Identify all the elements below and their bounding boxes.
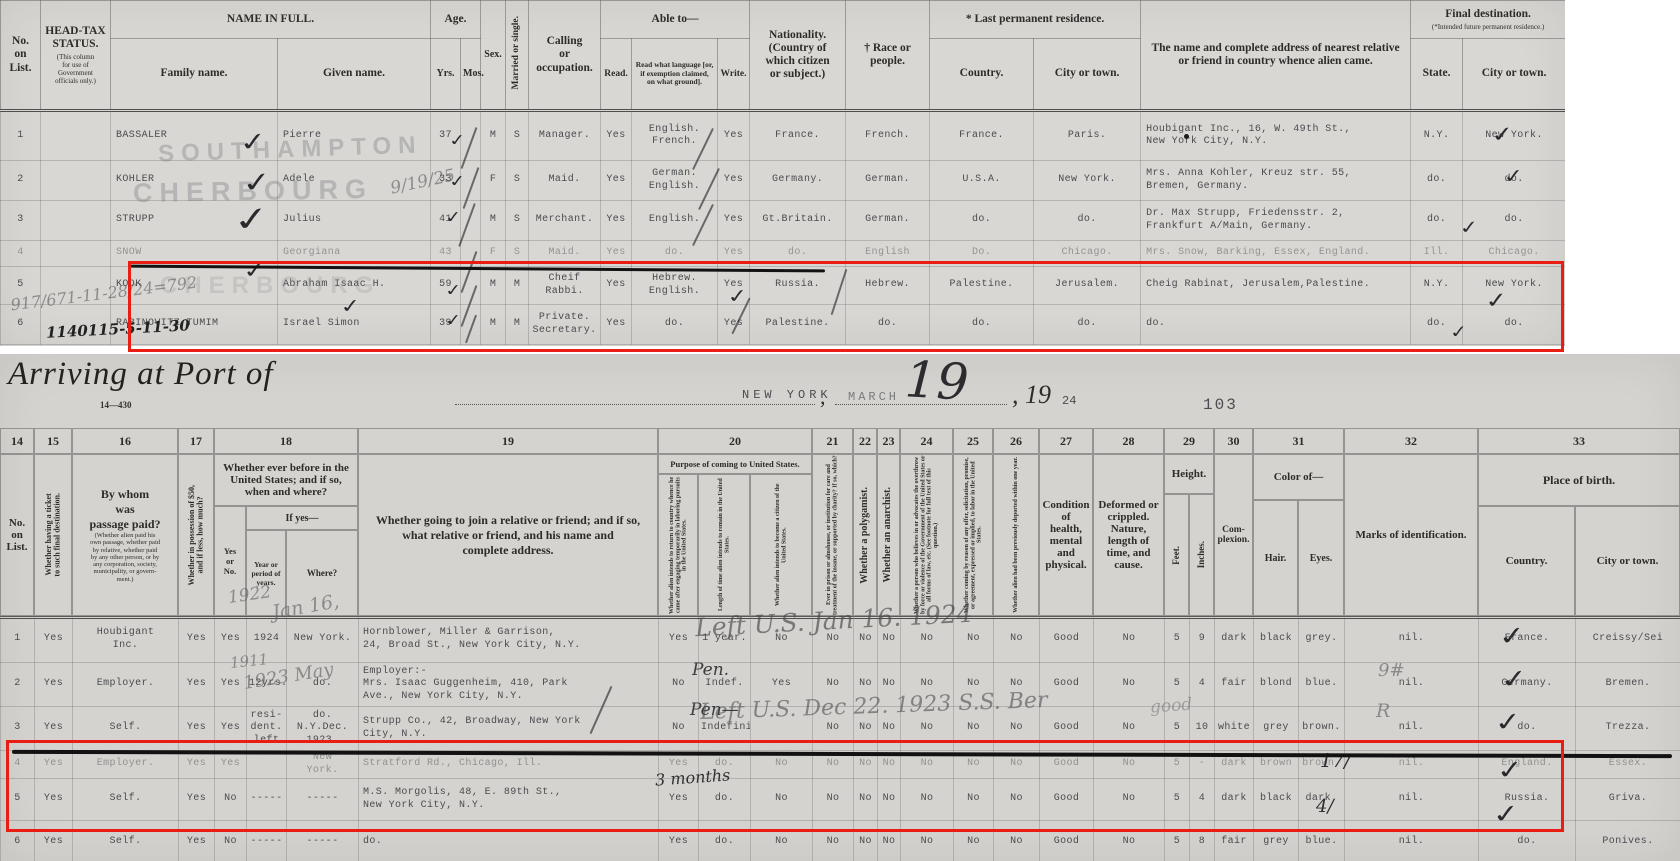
cell-feet: 5: [1165, 617, 1190, 663]
colnum-21: 21: [812, 428, 853, 454]
col-age: Age.: [431, 1, 481, 39]
cell-given: Julius: [278, 201, 431, 241]
pen-checkmark: ✓: [1499, 663, 1530, 695]
port-dotted-line: [455, 404, 815, 405]
cell-res_city: do.: [1034, 201, 1141, 241]
col-calling: Calling or occupation.: [529, 1, 601, 111]
cell-fifty: Yes: [179, 663, 215, 707]
cell-sex: F: [481, 161, 506, 201]
cell-sex: M: [481, 201, 506, 241]
colnum-27: 27: [1039, 428, 1093, 454]
col-race: † Race or people.: [846, 1, 930, 111]
handwritten-day: 19: [904, 350, 971, 411]
pen-checkmark: ✓: [1493, 706, 1524, 738]
col-married: Married or single.: [506, 1, 529, 111]
col-read: Read.: [601, 39, 632, 111]
cell-birth_city: Ponives.: [1576, 821, 1680, 861]
passage-paid-note: (Whether alien paid his own passage, whe…: [90, 532, 160, 583]
pen-checkmark: ✓: [1502, 165, 1525, 189]
cell-race: German.: [846, 161, 930, 201]
col-res-country: Country.: [930, 39, 1034, 111]
col-purpose-title: Purpose of coming to United States.: [658, 454, 812, 474]
col-mos: Mos.: [461, 39, 481, 111]
cell-head_tax: [41, 111, 111, 161]
cell-before_where: New York.: [287, 617, 359, 663]
cell-married: S: [506, 201, 529, 241]
pen-note-row3: Pen—: [690, 700, 739, 720]
cell-birth_city: Trezza.: [1576, 707, 1680, 751]
col-sex: Sex.: [481, 1, 506, 111]
colnum-30: 30: [1214, 428, 1253, 454]
col-hair: Hair.: [1253, 500, 1298, 616]
highlight-box-bottom: [6, 740, 1564, 832]
cell-res_country: U.S.A.: [930, 161, 1034, 201]
col-no-on-list: No. on List.: [1, 1, 41, 111]
cell-marks: nil.: [1345, 617, 1479, 663]
colnum-23: 23: [877, 428, 900, 454]
pen-checkmark: ✓: [1458, 217, 1480, 239]
form-number: 14—430: [100, 400, 132, 410]
col-head-tax: HEAD-TAX STATUS. (This column for use of…: [41, 1, 111, 111]
colnum-33: 33: [1478, 428, 1680, 454]
cell-no: 1: [1, 617, 35, 663]
colnum-22: 22: [853, 428, 877, 454]
col-relative: The name and complete address of nearest…: [1141, 1, 1411, 111]
cell-relative: Hornblower, Miller & Garrison, 24, Broad…: [359, 617, 659, 663]
col-if-yes: If yes—: [246, 506, 358, 530]
arriving-port-heading: Arriving at Port of: [8, 356, 274, 393]
colnum-25: 25: [953, 428, 993, 454]
col-write: Write.: [718, 39, 750, 111]
cell-health: Good: [1040, 617, 1094, 663]
cell-write: Yes: [718, 201, 750, 241]
col-deported: Whether alien had been previously deport…: [993, 454, 1039, 616]
port-comma: ,: [820, 384, 826, 410]
cell-relative: Dr. Max Strupp, Friedensstr. 2, Frankfur…: [1141, 201, 1411, 241]
highlight-box-top: [128, 261, 1564, 352]
colnum-31: 31: [1253, 428, 1344, 454]
cell-dest_state: N.Y.: [1411, 111, 1463, 161]
col-passage-paid: By whom was passage paid? (Whether alien…: [72, 454, 178, 616]
cell-calling: Merchant.: [529, 201, 601, 241]
cell-no: 2: [1, 663, 35, 707]
cell-relative: Mrs. Anna Kohler, Kreuz str. 55, Bremen,…: [1141, 161, 1411, 201]
final-dest-title: Final destination.: [1445, 8, 1531, 20]
manifest-page: No. on List. HEAD-TAX STATUS. (This colu…: [0, 0, 1680, 861]
col-yrs: Yrs.: [431, 39, 461, 111]
colnum-28: 28: [1093, 428, 1164, 454]
col-purpose-citizen: Whether alien intends to become a citize…: [750, 474, 812, 616]
col-ticket: Whether having a ticket to such final de…: [34, 454, 72, 616]
col-overthrow: Whether a person who believes in or advo…: [900, 454, 953, 616]
cell-marks: nil.: [1345, 663, 1479, 707]
col-color-of: Color of—: [1253, 454, 1344, 500]
cell-birth_city: Creissy/Sei: [1576, 617, 1680, 663]
colnum-14: 14: [0, 428, 34, 454]
cell-eyes: grey.: [1299, 617, 1345, 663]
pencil-9-mark: 9#: [1378, 660, 1405, 681]
cell-inches: 4: [1190, 663, 1215, 707]
cell-birth_city: Griva.: [1576, 779, 1680, 821]
pen-checkmark: ✓: [231, 198, 272, 241]
cell-write: Yes: [718, 111, 750, 161]
year-printed: , 19: [1012, 380, 1051, 410]
passage-paid-title: By whom was passage paid?: [89, 487, 160, 532]
year-typed: 24: [1062, 394, 1076, 408]
col-res-city: City or town.: [1034, 39, 1141, 111]
col-inches: Inches.: [1189, 494, 1214, 616]
col-dest-state: State.: [1411, 39, 1463, 111]
col-fifty-dollars: Whether in possession of $50, and if les…: [178, 454, 214, 616]
col-prison: Ever in prison or almshouse, or institut…: [812, 454, 853, 616]
col-purpose-return: Whether alien intends to return to count…: [658, 474, 698, 616]
cell-head_tax: [41, 241, 111, 267]
ink-dot: [1184, 134, 1189, 139]
cell-birth_city: Bremen.: [1576, 663, 1680, 707]
cell-res_country: do.: [930, 201, 1034, 241]
port-name-typed: NEW YORK: [742, 388, 832, 402]
cell-write: Yes: [718, 161, 750, 201]
colnum-16: 16: [72, 428, 178, 454]
pen-checkmark: ✓: [1490, 121, 1516, 148]
pencil-r-mark: R: [1376, 700, 1390, 722]
cell-deported: No: [994, 617, 1040, 663]
cell-calling: Maid.: [529, 161, 601, 201]
col-height-title: Height.: [1164, 454, 1214, 494]
cell-no: 2: [1, 161, 41, 201]
final-dest-note: (*Intended future permanent residence.): [1413, 23, 1563, 31]
cell-relative: Employer:- Mrs. Isaac Guggenheim, 410, P…: [359, 663, 659, 707]
colnum-18: 18: [214, 428, 358, 454]
col-deformed: Deformed or crippled. Nature, length of …: [1093, 454, 1164, 616]
cell-dest_state: do.: [1411, 201, 1463, 241]
top-table-header: No. on List. HEAD-TAX STATUS. (This colu…: [1, 1, 1566, 111]
cell-ticket: Yes: [35, 617, 73, 663]
col-feet: Feet.: [1164, 494, 1189, 616]
col-ever-before-title: Whether ever before in the United States…: [214, 454, 358, 506]
cell-res_country: France.: [930, 111, 1034, 161]
cell-head_tax: [41, 201, 111, 241]
colnum-17: 17: [178, 428, 214, 454]
col-final-destination: Final destination. (*Intended future per…: [1411, 1, 1565, 39]
cell-nationality: Gt.Britain.: [750, 201, 846, 241]
col-anarchist: Whether an anarchist.: [877, 454, 900, 616]
cell-inches: 9: [1190, 617, 1215, 663]
pen-checkmark: ✓: [444, 207, 463, 227]
col-name-in-full: NAME IN FULL.: [111, 1, 431, 39]
cell-res_city: Paris.: [1034, 111, 1141, 161]
cell-ticket: Yes: [35, 663, 73, 707]
cell-married: S: [506, 111, 529, 161]
faint-good-note: good: [1149, 695, 1193, 718]
col-read-language: Read what language [or, if exemption cla…: [632, 39, 718, 111]
colnum-15: 15: [34, 428, 72, 454]
col-health: Condition of health, mental and physical…: [1039, 454, 1093, 616]
col-eyes: Eyes.: [1298, 500, 1344, 616]
cell-no: 1: [1, 111, 41, 161]
cell-paid_by: Houbigant Inc.: [73, 617, 179, 663]
cell-complexion: fair: [1215, 663, 1254, 707]
cell-dest_state: do.: [1411, 161, 1463, 201]
col-birth-title: Place of birth.: [1478, 454, 1680, 506]
cell-res_city: New York.: [1034, 161, 1141, 201]
col-birth-city: City or town.: [1575, 506, 1680, 616]
cell-race: French.: [846, 111, 930, 161]
col-last-residence: * Last permanent residence.: [930, 1, 1141, 39]
cell-read: Yes: [601, 201, 632, 241]
cell-eyes: blue.: [1299, 663, 1345, 707]
cell-relative: Houbigant Inc., 16, W. 49th St., New Yor…: [1141, 111, 1411, 161]
pen-note-row2: Pen.: [692, 660, 729, 680]
cell-read: Yes: [601, 161, 632, 201]
col-nationality: Nationality. (Country of which citizen o…: [750, 1, 846, 111]
cell-complexion: dark: [1215, 617, 1254, 663]
cell-race: German.: [846, 201, 930, 241]
cell-no: 3: [1, 201, 41, 241]
col-able-to: Able to—: [601, 1, 750, 39]
cell-read_lang: English. French.: [632, 111, 718, 161]
pen-checkmark: ✓: [238, 126, 269, 158]
cell-calling: Manager.: [529, 111, 601, 161]
sheet-number: 103: [1203, 396, 1238, 414]
col-given-name: Given name.: [278, 39, 431, 111]
pen-checkmark: ✓: [240, 166, 273, 200]
cell-read: Yes: [601, 111, 632, 161]
col-family-name: Family name.: [111, 39, 278, 111]
col-join-relative: Whether going to join a relative or frie…: [358, 454, 658, 616]
cell-birth_country: France.: [1479, 617, 1576, 663]
col-no-on-list-bottom: No. on List.: [0, 454, 34, 616]
head-tax-title: HEAD-TAX STATUS.: [45, 25, 105, 50]
pen-checkmark: ✓: [448, 130, 467, 150]
cell-deformed: No: [1094, 617, 1165, 663]
cell-hair: blond: [1254, 663, 1299, 707]
col-dest-city: City or town.: [1463, 39, 1565, 111]
colnum-32: 32: [1344, 428, 1478, 454]
colnum-19: 19: [358, 428, 658, 454]
pen-checkmark: ✓: [1497, 620, 1528, 652]
col-purpose-length: Length of time alien intends to remain i…: [698, 474, 750, 616]
cell-nationality: France.: [750, 111, 846, 161]
col-complexion: Com- plexion.: [1214, 454, 1253, 616]
cell-no: 4: [1, 241, 41, 267]
colnum-24: 24: [900, 428, 953, 454]
col-birth-country: Country.: [1478, 506, 1575, 616]
col-labor-offer: Whether coming by reason of any offer, s…: [953, 454, 993, 616]
cell-paid_by: Employer.: [73, 663, 179, 707]
cell-nationality: Germany.: [750, 161, 846, 201]
col-polygamist: Whether a polygamist.: [853, 454, 877, 616]
cell-head_tax: [41, 161, 111, 201]
colnum-26: 26: [993, 428, 1039, 454]
pen-checkmark: ✓: [448, 171, 467, 191]
col-marks: Marks of identification.: [1344, 454, 1478, 616]
month-typed: MARCH: [848, 390, 899, 404]
cell-married: S: [506, 161, 529, 201]
head-tax-note: (This column for use of Government offic…: [43, 53, 108, 85]
cell-return_temp: Yes: [659, 617, 699, 663]
cell-hair: black: [1254, 617, 1299, 663]
cell-sex: M: [481, 111, 506, 161]
colnum-29: 29: [1164, 428, 1214, 454]
cell-fifty: Yes: [179, 617, 215, 663]
colnum-20: 20: [658, 428, 812, 454]
